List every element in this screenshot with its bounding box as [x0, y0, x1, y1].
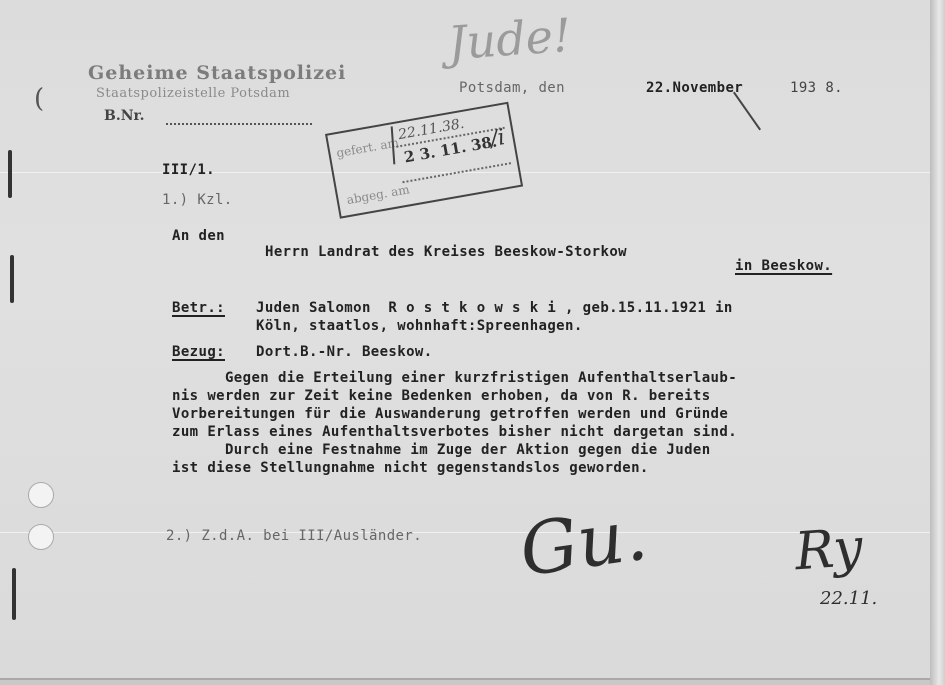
punch-hole: [28, 524, 54, 550]
body-line: nis werden zur Zeit keine Bedenken erhob…: [172, 388, 711, 404]
place-label: Potsdam, den: [459, 80, 565, 96]
body-line: Vorbereitungen für die Auswanderung getr…: [172, 406, 728, 422]
handwritten-annotation: Jude!: [446, 8, 573, 70]
body-line: zum Erlass eines Aufenthaltsverbotes bis…: [172, 424, 737, 440]
letterhead-org: Geheime Staatspolizei: [88, 62, 346, 84]
letterhead-office: Staatspolizeistelle Potsdam: [96, 86, 290, 101]
page-edge: [930, 0, 945, 685]
recipient-location: in Beeskow.: [735, 258, 832, 274]
body-line: Durch eine Festnahme im Zuge der Aktion …: [172, 442, 711, 458]
body-line: ist diese Stellungnahme nicht gegenstand…: [172, 460, 649, 476]
reference-text: Dort.B.-Nr. Beeskow.: [256, 344, 433, 360]
reference-label: Bezug:: [172, 344, 225, 360]
letter-year: 193 8.: [790, 80, 843, 96]
stamp-initial-mark: /i: [488, 125, 507, 152]
pen-stroke: [733, 92, 761, 131]
punch-hole: [28, 482, 54, 508]
reference-number-blank: [166, 123, 312, 125]
letter-date: 22.November: [646, 80, 743, 96]
subject-line-2: Köln, staatlos, wohnhaft:Spreenhagen.: [256, 318, 583, 334]
receipt-stamp: gefert. am 22.11.38. 2 3. 11. 38. /i abg…: [325, 102, 523, 219]
stamp-label-sent: abgeg. am: [346, 182, 411, 207]
subject-line-1: Juden Salomon R o s t k o w s k i , geb.…: [256, 300, 733, 316]
signature-1: Gu.: [515, 492, 652, 593]
binder-mark: [12, 568, 16, 620]
instruction-2: 2.) Z.d.A. bei III/Ausländer.: [166, 528, 422, 544]
body-line: Gegen die Erteilung einer kurzfristigen …: [172, 370, 737, 386]
department-code: III/1.: [162, 162, 215, 178]
stamp-dotted-line: [402, 162, 511, 183]
scanned-letter-page: ( Geheime Staatspolizei Staatspolizeiste…: [0, 0, 933, 680]
signature-2-date: 22.11.: [820, 588, 877, 609]
margin-mark: (: [34, 84, 44, 114]
instruction-1: 1.) Kzl.: [162, 192, 233, 208]
binder-mark: [8, 150, 12, 198]
recipient-salutation: An den: [172, 228, 225, 244]
subject-label: Betr.:: [172, 300, 225, 316]
signature-2: Ry: [793, 518, 865, 583]
reference-number-label: B.Nr.: [104, 108, 144, 124]
binder-mark: [10, 255, 14, 303]
recipient-name: Herrn Landrat des Kreises Beeskow-Storko…: [265, 244, 627, 260]
stamp-label-prepared: gefert. am: [335, 135, 400, 160]
